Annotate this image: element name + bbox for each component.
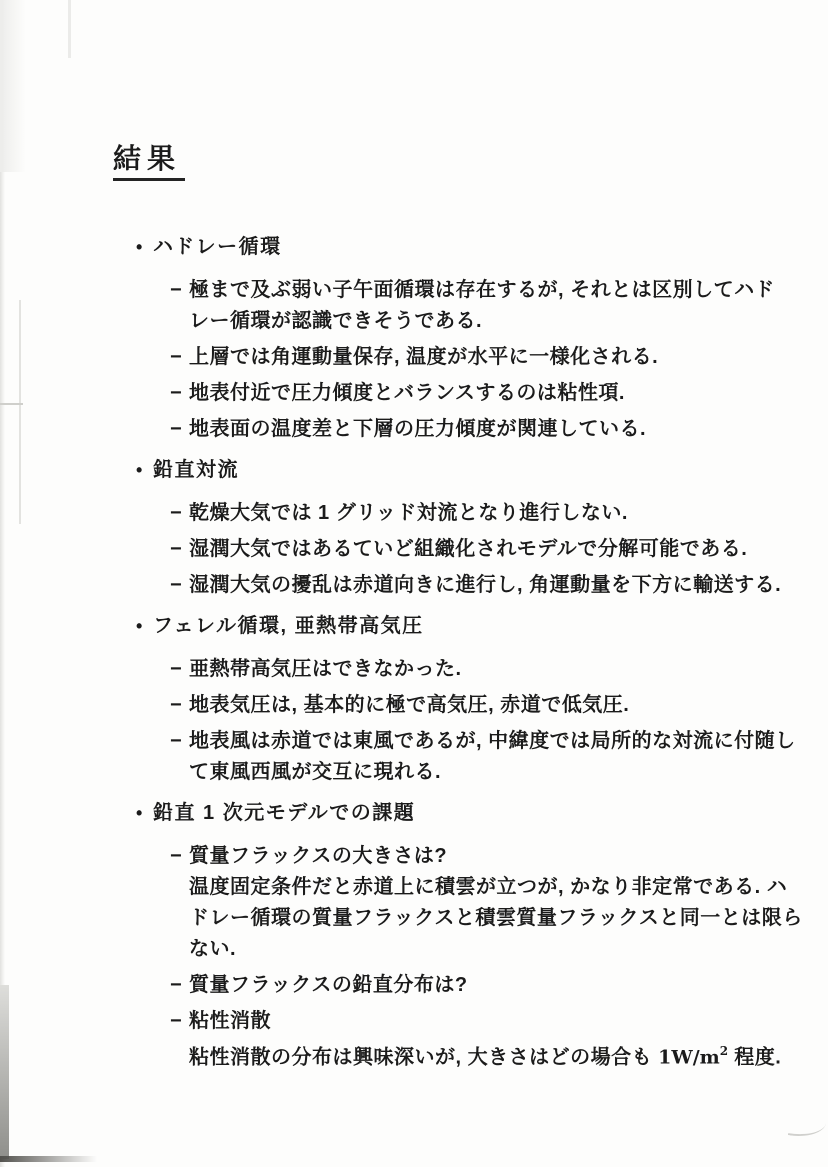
section-heading: 鉛直対流 <box>153 455 239 486</box>
scan-artifact-mid-vertical <box>19 300 21 524</box>
formula-post-text: 程度. <box>728 1047 781 1069</box>
bullet-icon: • <box>136 232 153 263</box>
item-text: 地表気圧は, 基本的に極で高気圧, 赤道で低気圧. <box>189 690 629 721</box>
text-line: 質量フラックスの鉛直分布は? <box>189 970 468 1001</box>
list-item: − 上層では角運動量保存, 温度が水平に一様化される. <box>170 342 808 373</box>
scanned-document-page: 結果 • ハドレー循環 − 極まで及ぶ弱い子午面循環は存在するが, それとは区別… <box>0 0 828 1167</box>
scan-artifact-bottom-corner <box>0 1156 97 1162</box>
dash-icon: − <box>170 342 189 373</box>
text-line: ドレー循環の質量フラックスと積雲質量フラックスと同一とは限ら <box>189 903 803 934</box>
text-line: 極まで及ぶ弱い子午面循環は存在するが, それとは区別してハド <box>189 275 775 306</box>
text-line: ない. <box>189 934 803 965</box>
list-item: − 亜熱帯高気圧はできなかった. <box>170 654 808 685</box>
text-line: レー循環が認識できそうである. <box>189 306 775 337</box>
text-line: 上層では角運動量保存, 温度が水平に一様化される. <box>189 342 658 373</box>
item-text: 粘性消散 粘性消散の分布は興味深いが, 大きさはどの場合も 1W/m2 程度. <box>189 1006 781 1074</box>
item-text: 質量フラックスの大きさは? 温度固定条件だと赤道上に積雲が立つが, かなり非定常… <box>189 841 803 965</box>
item-text: 質量フラックスの鉛直分布は? <box>189 970 468 1001</box>
section-heading: 鉛直 1 次元モデルでの課題 <box>153 798 415 829</box>
dash-icon: − <box>170 275 189 337</box>
dash-icon: − <box>170 378 189 409</box>
scan-artifact-bottom-left-edge <box>0 985 9 1159</box>
list-item: − 乾燥大気では 1 グリッド対流となり進行しない. <box>170 498 808 529</box>
list-item: − 質量フラックスの大きさは? 温度固定条件だと赤道上に積雲が立つが, かなり非… <box>170 841 808 965</box>
bullet-icon: • <box>136 611 153 642</box>
section-ferrel: • フェレル循環, 亜熱帯高気圧 <box>136 611 808 642</box>
list-item: − 粘性消散 粘性消散の分布は興味深いが, 大きさはどの場合も 1W/m2 程度… <box>170 1006 808 1074</box>
formula-value: 1W/m <box>658 1047 720 1069</box>
section-vertical-convection: • 鉛直対流 <box>136 455 808 486</box>
bullet-icon: • <box>136 455 153 486</box>
text-line: て東風西風が交互に現れる. <box>189 757 796 788</box>
list-item: − 極まで及ぶ弱い子午面循環は存在するが, それとは区別してハド レー循環が認識… <box>170 275 808 337</box>
text-line: 粘性消散 <box>189 1006 781 1037</box>
scan-artifact-top-left-patch <box>0 0 26 172</box>
list-item: − 地表付近で圧力傾度とバランスするのは粘性項. <box>170 378 808 409</box>
dash-icon: − <box>170 414 189 445</box>
section-1d-model-issues: • 鉛直 1 次元モデルでの課題 <box>136 798 808 829</box>
item-text: 地表付近で圧力傾度とバランスするのは粘性項. <box>189 378 625 409</box>
scan-artifact-mid-horizontal <box>0 403 23 405</box>
text-line: 地表風は赤道では東風であるが, 中緯度では局所的な対流に付随し <box>189 726 796 757</box>
dash-icon: − <box>170 726 189 788</box>
page-title: 結果 <box>113 145 185 181</box>
dash-icon: − <box>170 498 189 529</box>
item-text: 地表面の温度差と下層の圧力傾度が関連している. <box>189 414 646 445</box>
formula-exponent: 2 <box>720 1044 728 1058</box>
scan-artifact-top-streak <box>68 0 71 58</box>
section-hadley: • ハドレー循環 <box>136 232 808 263</box>
item-text: 乾燥大気では 1 グリッド対流となり進行しない. <box>189 498 628 529</box>
item-text: 湿潤大気ではあるていど組織化されモデルで分解可能である. <box>189 534 747 565</box>
dash-icon: − <box>170 534 189 565</box>
item-text: 亜熱帯高気圧はできなかった. <box>189 654 462 685</box>
dash-icon: − <box>170 841 189 965</box>
list-item: − 地表風は赤道では東風であるが, 中緯度では局所的な対流に付随し て東風西風が… <box>170 726 808 788</box>
dash-icon: − <box>170 970 189 1001</box>
text-line: 地表気圧は, 基本的に極で高気圧, 赤道で低気圧. <box>189 690 629 721</box>
text-line: 亜熱帯高気圧はできなかった. <box>189 654 462 685</box>
text-line: 湿潤大気の擾乱は赤道向きに進行し, 角運動量を下方に輸送する. <box>189 570 781 601</box>
list-item: − 地表面の温度差と下層の圧力傾度が関連している. <box>170 414 808 445</box>
item-text: 湿潤大気の擾乱は赤道向きに進行し, 角運動量を下方に輸送する. <box>189 570 781 601</box>
item-text: 極まで及ぶ弱い子午面循環は存在するが, それとは区別してハド レー循環が認識でき… <box>189 275 775 337</box>
text-line: 地表付近で圧力傾度とバランスするのは粘性項. <box>189 378 625 409</box>
list-item: − 湿潤大気ではあるていど組織化されモデルで分解可能である. <box>170 534 808 565</box>
dash-icon: − <box>170 654 189 685</box>
formula-line: 粘性消散の分布は興味深いが, 大きさはどの場合も 1W/m2 程度. <box>189 1037 781 1074</box>
dash-icon: − <box>170 1006 189 1074</box>
formula-pre-text: 粘性消散の分布は興味深いが, 大きさはどの場合も <box>189 1047 658 1069</box>
text-line: 質量フラックスの大きさは? <box>189 841 803 872</box>
list-item: − 湿潤大気の擾乱は赤道向きに進行し, 角運動量を下方に輸送する. <box>170 570 808 601</box>
list-item: − 地表気圧は, 基本的に極で高気圧, 赤道で低気圧. <box>170 690 808 721</box>
text-line: 地表面の温度差と下層の圧力傾度が関連している. <box>189 414 646 445</box>
bullet-icon: • <box>136 798 153 829</box>
text-line: 温度固定条件だと赤道上に積雲が立つが, かなり非定常である. ハ <box>189 872 803 903</box>
item-text: 上層では角運動量保存, 温度が水平に一様化される. <box>189 342 658 373</box>
item-text: 地表風は赤道では東風であるが, 中緯度では局所的な対流に付随し て東風西風が交互… <box>189 726 796 788</box>
dash-icon: − <box>170 690 189 721</box>
text-line: 湿潤大気ではあるていど組織化されモデルで分解可能である. <box>189 534 747 565</box>
list-item: − 質量フラックスの鉛直分布は? <box>170 970 808 1001</box>
text-line: 乾燥大気では 1 グリッド対流となり進行しない. <box>189 498 628 529</box>
scan-artifact-bottom-right-mark <box>788 1117 826 1140</box>
dash-icon: − <box>170 570 189 601</box>
section-heading: フェレル循環, 亜熱帯高気圧 <box>153 611 424 642</box>
section-heading: ハドレー循環 <box>153 232 282 263</box>
document-body: • ハドレー循環 − 極まで及ぶ弱い子午面循環は存在するが, それとは区別してハ… <box>136 232 808 1074</box>
